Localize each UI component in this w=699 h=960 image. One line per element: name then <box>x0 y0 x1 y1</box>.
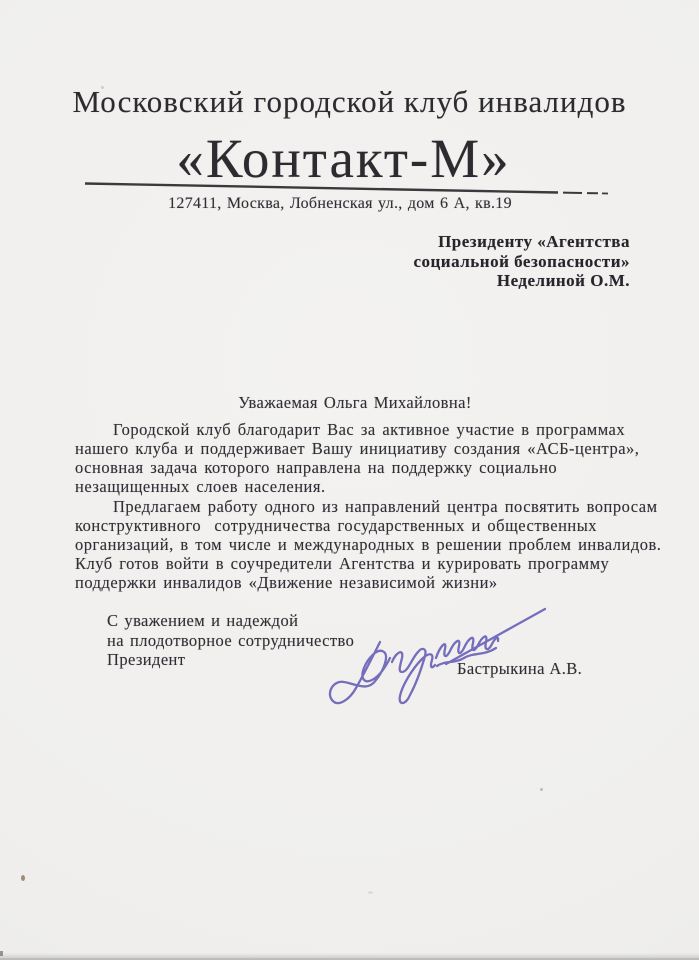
signer-name: Бастрыкина А.В. <box>457 659 582 679</box>
scanned-letter-page: Московский городской клуб инвалидов «Кон… <box>0 0 699 960</box>
scan-speck <box>540 788 543 791</box>
scan-speck <box>368 891 373 894</box>
scan-speck <box>101 86 104 89</box>
recipient-line: социальной безопасности» <box>329 252 630 272</box>
body-line: поддержки инвалидов «Движение независимо… <box>75 573 650 592</box>
handwritten-signature-icon <box>318 592 568 714</box>
body-line: нашего клуба и поддерживает Вашу инициат… <box>75 439 650 458</box>
recipient-line: Президенту «Агентства <box>329 232 630 252</box>
salutation: Уважаемая Ольга Михайловна! <box>75 393 635 413</box>
recipient-block: Президенту «Агентства социальной безопас… <box>329 232 630 291</box>
body-line: основная задача которого направлена на п… <box>75 458 650 477</box>
scan-edge-nick <box>0 951 3 956</box>
letterhead-address: 127411, Москва, Лобненская ул., дом 6 А,… <box>0 195 680 213</box>
body-line: Городской клуб благодарит Вас за активно… <box>75 420 650 439</box>
letterhead-org-name: Московский городской клуб инвалидов <box>0 84 699 120</box>
body-line: организаций, в том числе и международных… <box>75 535 650 554</box>
body-line: незащищенных слоев населения. <box>75 477 650 496</box>
body-line: Клуб готов войти в соучредители Агентств… <box>75 554 650 573</box>
scan-speck <box>21 875 25 881</box>
recipient-line: Неделиной О.М. <box>329 271 630 291</box>
body-line: Предлагаем работу одного из направлений … <box>75 497 650 516</box>
letter-body: Городской клуб благодарит Вас за активно… <box>75 420 650 592</box>
body-line: конструктивного сотрудничества государст… <box>75 516 650 535</box>
